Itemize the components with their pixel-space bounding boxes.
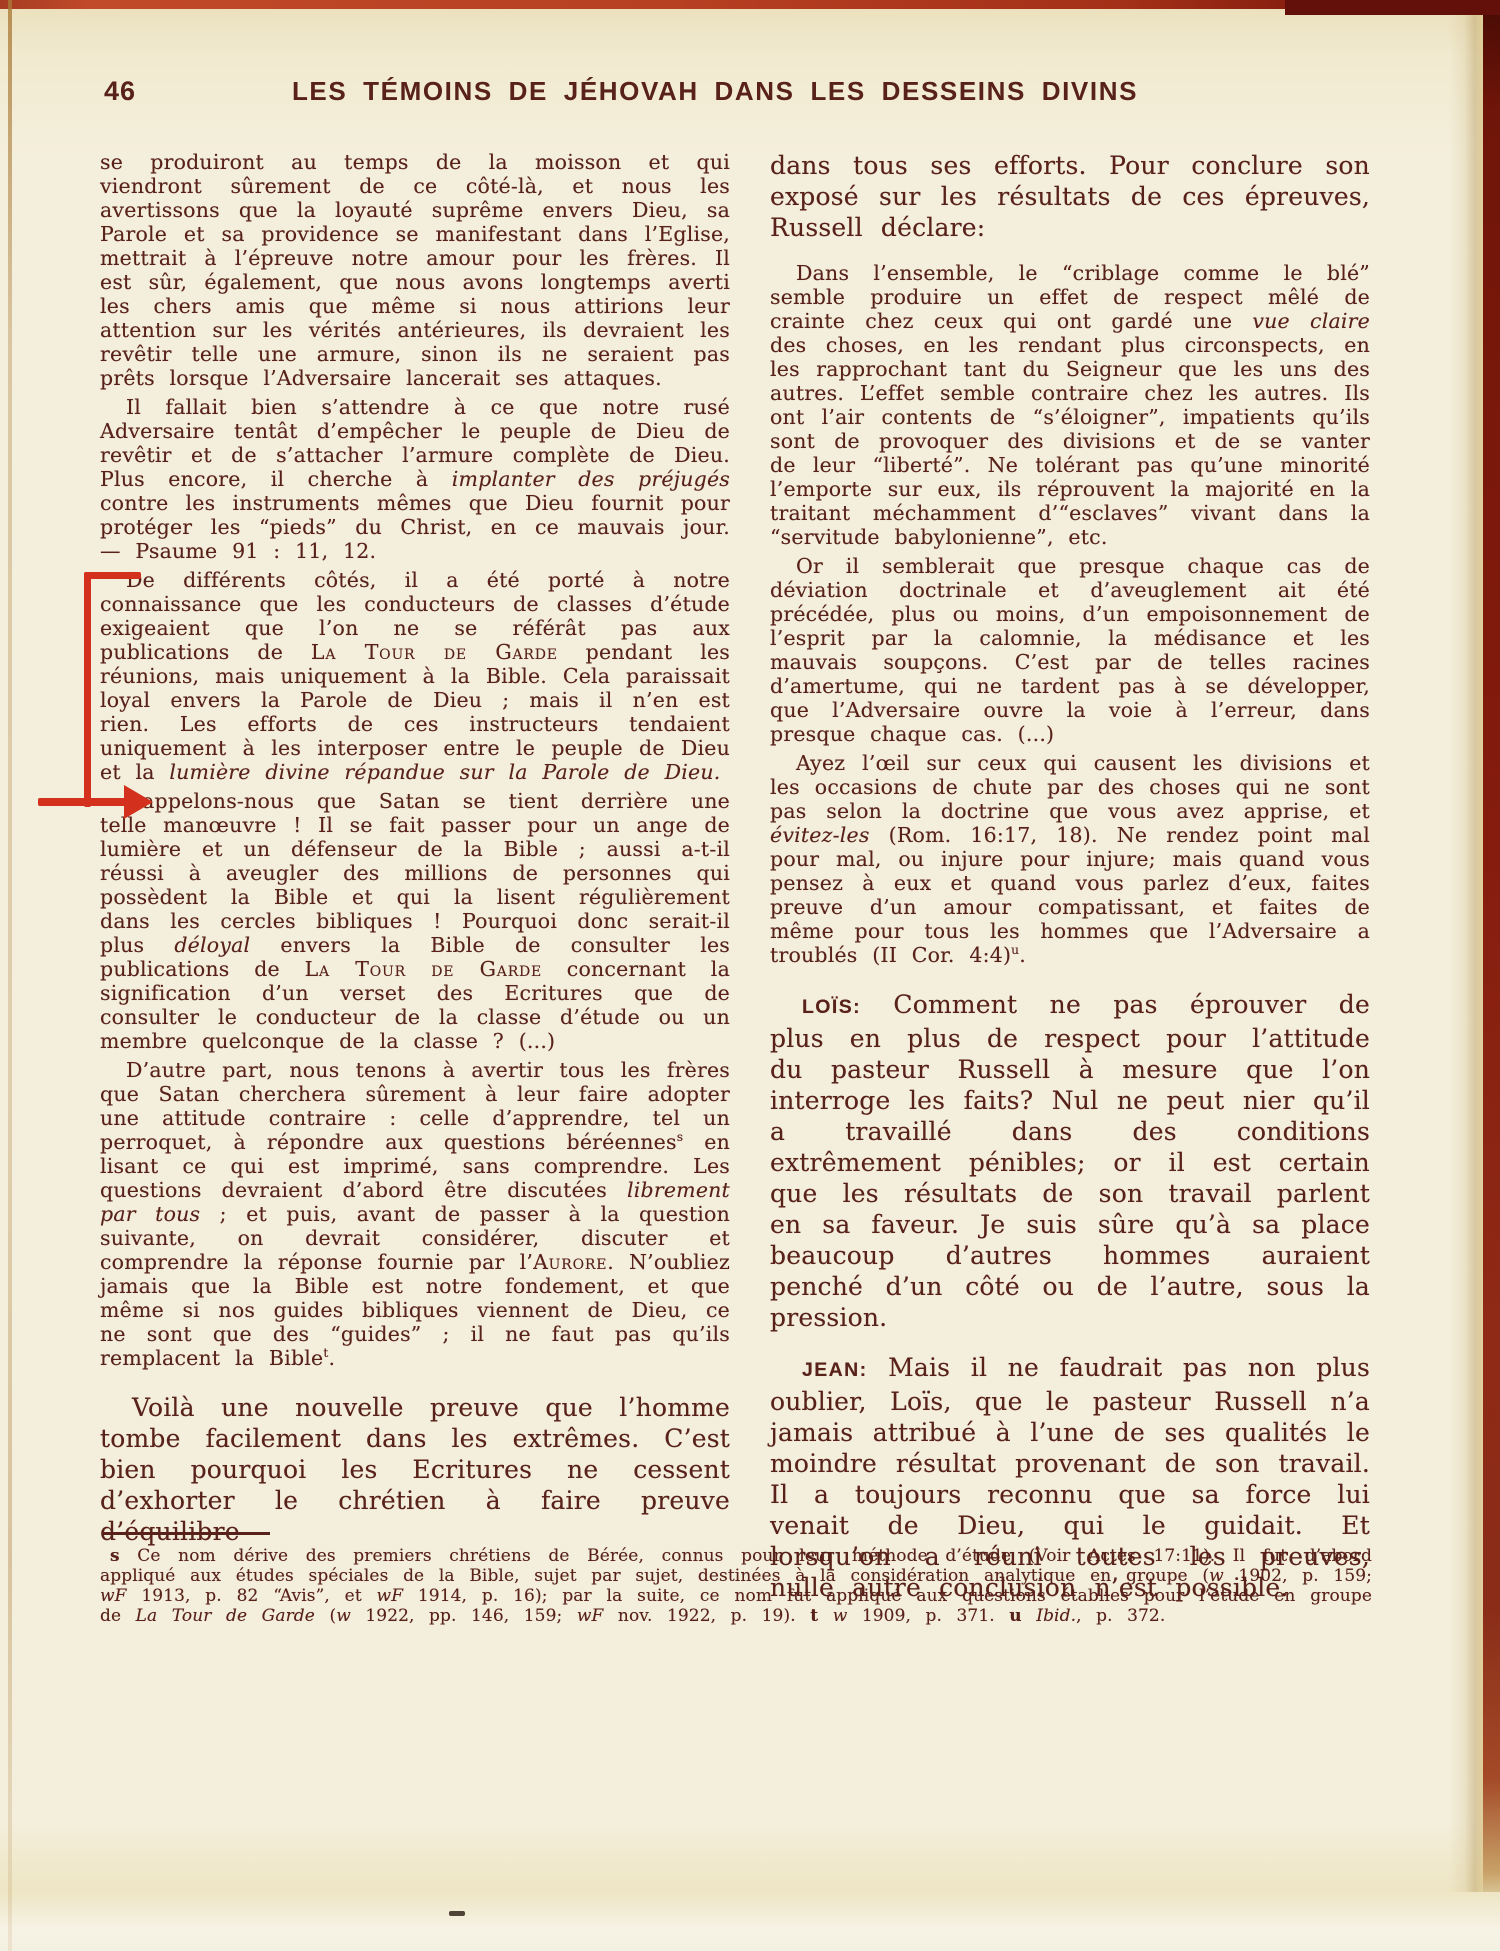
red-bracket-vertical-line	[84, 572, 91, 807]
paragraph-fn1: s Ce nom dérive des premiers chrétiens d…	[100, 1546, 1372, 1626]
footnotes-section: s Ce nom dérive des premiers chrétiens d…	[100, 1532, 1372, 1626]
scan-edge-top-right	[1285, 0, 1500, 15]
paragraph-c2p5: LOÏS: Comment ne pas éprouver de plus en…	[770, 989, 1370, 1333]
scanned-book-page: 46 LES TÉMOINS DE JÉHOVAH DANS LES DESSE…	[0, 0, 1500, 1951]
red-arrow-head-icon	[124, 785, 153, 819]
paragraph-c1p1: se produiront au temps de la moisson et …	[100, 150, 730, 390]
gutter-shadow	[8, 0, 12, 1951]
paragraph-c2p2: Dans l’ensemble, le “criblage comme le b…	[770, 261, 1370, 549]
paragraph-c2p3: Or il semblerait que presque chaque cas …	[770, 554, 1370, 746]
text-column-left: se produiront au temps de la moisson et …	[100, 150, 730, 1547]
scan-edge-top	[0, 0, 1500, 9]
paragraph-c1p3: De différents côtés, il a été porté à no…	[100, 568, 730, 784]
footnote-rule	[102, 1532, 270, 1535]
page-edge-shadow	[1449, 0, 1483, 1892]
running-header-title: LES TÉMOINS DE JÉHOVAH DANS LES DESSEINS…	[90, 76, 1340, 107]
paragraph-c2p4: Ayez l’œil sur ceux qui causent les divi…	[770, 751, 1370, 967]
book-edge-right	[1483, 0, 1500, 1892]
paragraph-c2p1: dans tous ses efforts. Pour conclure son…	[770, 150, 1370, 243]
text-column-right: dans tous ses efforts. Pour conclure son…	[770, 150, 1370, 1603]
red-bracket-top-line	[84, 572, 141, 579]
paragraph-c1p4: Rappelons-nous que Satan se tient derriè…	[100, 789, 730, 1053]
paragraph-c1p6: Voilà une nouvelle preuve que l’homme to…	[100, 1392, 730, 1547]
paragraph-c1p5: D’autre part, nous tenons à avertir tous…	[100, 1058, 730, 1370]
paragraph-c1p2: Il fallait bien s’attendre à ce que notr…	[100, 395, 730, 563]
footnote-text-block: s Ce nom dérive des premiers chrétiens d…	[100, 1546, 1372, 1626]
ink-mark	[449, 1911, 465, 1916]
red-arrow-shaft	[38, 798, 128, 806]
